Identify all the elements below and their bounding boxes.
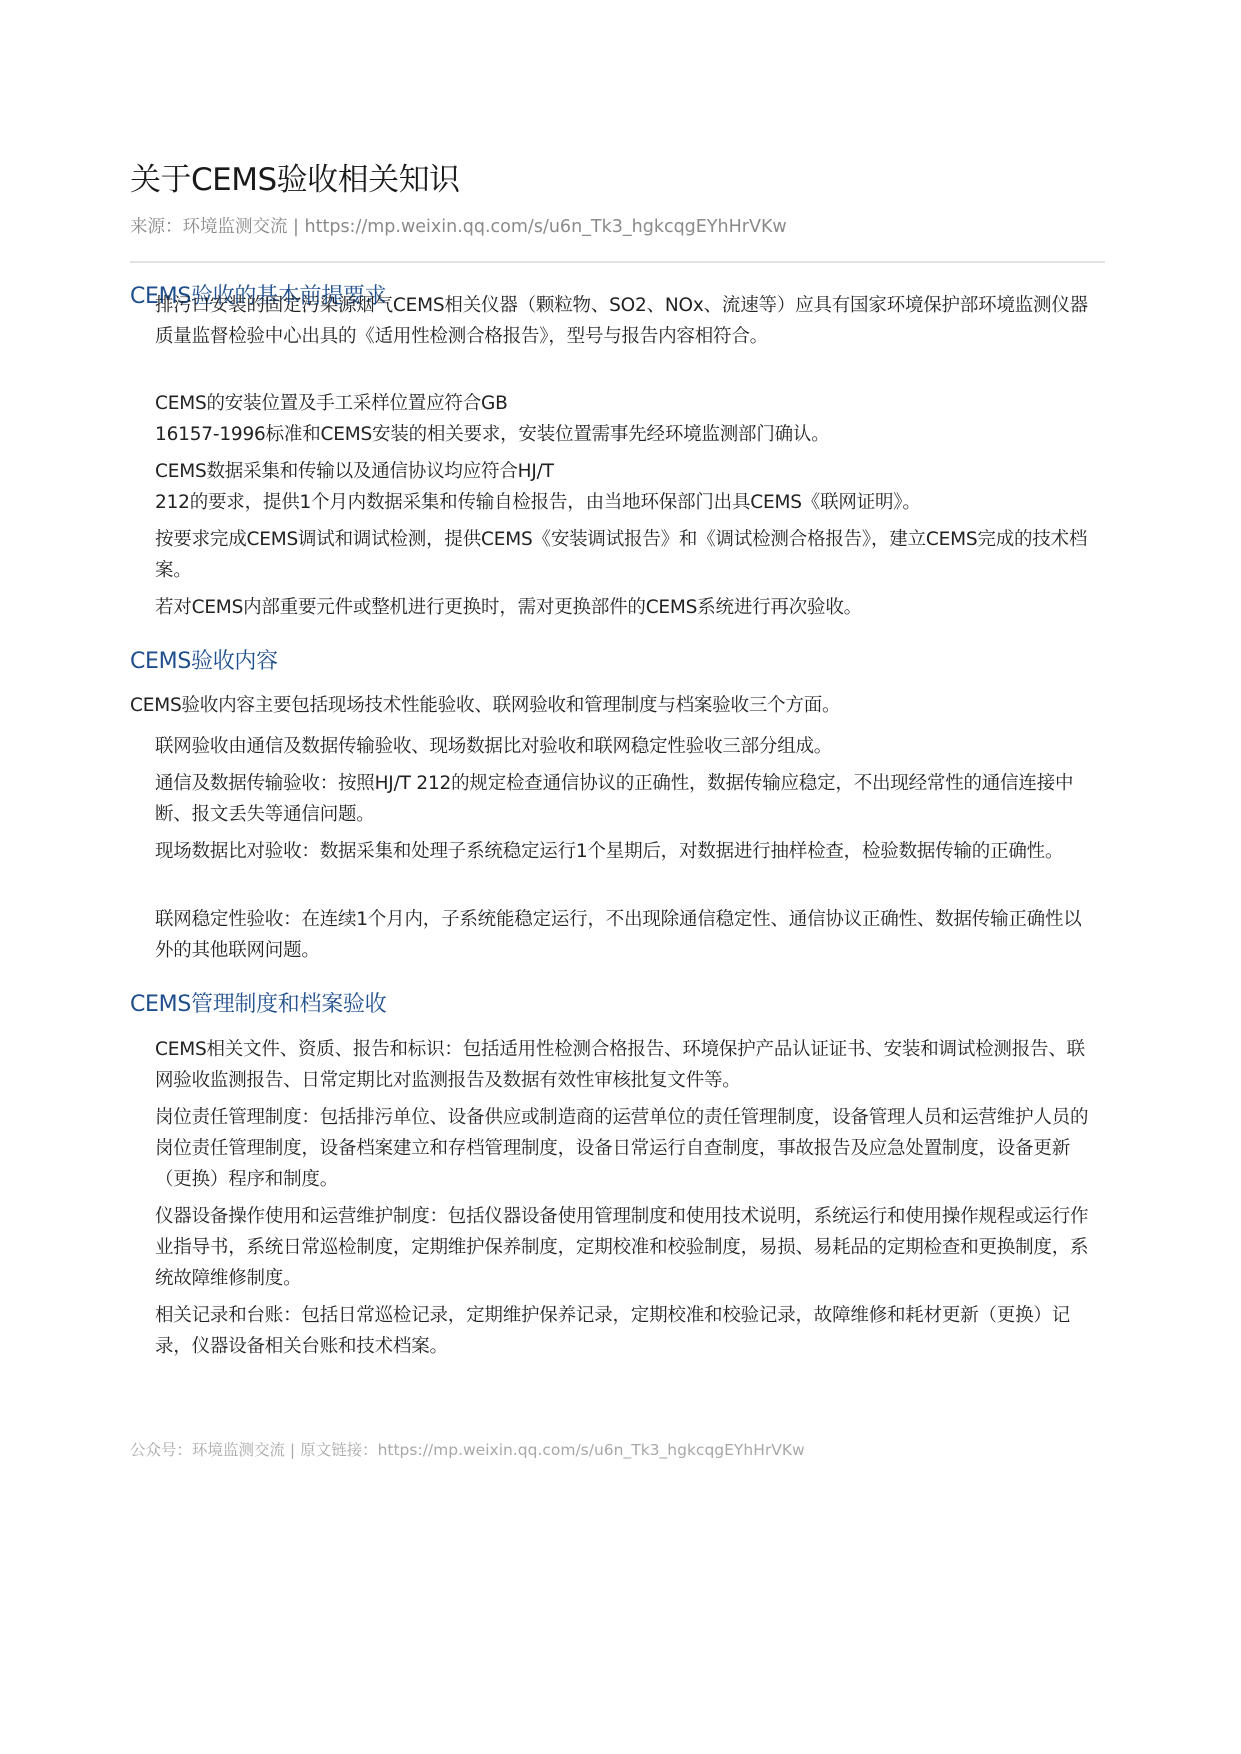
header-divider: [130, 261, 1105, 263]
paragraph: 联网验收由通信及数据传输验收、现场数据比对验收和联网稳定性验收三部分组成。: [155, 731, 1090, 762]
paragraph: 仪器设备操作使用和运营维护制度：包括仪器设备使用管理制度和使用技术说明，系统运行…: [155, 1201, 1090, 1294]
source-line: 来源：环境监测交流 | https://mp.weixin.qq.com/s/u…: [130, 214, 787, 240]
section-heading-content: CEMS验收内容: [130, 646, 278, 678]
paragraph: 通信及数据传输验收：按照HJ/T 212的规定检查通信协议的正确性，数据传输应稳…: [155, 768, 1090, 830]
footer-source: 公众号：环境监测交流 | 原文链接：https://mp.weixin.qq.c…: [130, 1438, 805, 1462]
section-intro: CEMS验收内容主要包括现场技术性能验收、联网验收和管理制度与档案验收三个方面。: [130, 690, 1090, 721]
page-title: 关于CEMS验收相关知识: [130, 158, 460, 202]
paragraph: 16157-1996标准和CEMS安装的相关要求，安装位置需事先经环境监测部门确…: [155, 419, 1090, 450]
section-heading-management: CEMS管理制度和档案验收: [130, 989, 386, 1021]
paragraph: 排污口安装的固定污染源烟气CEMS相关仪器（颗粒物、SO2、NOx、流速等）应具…: [155, 290, 1090, 352]
paragraph: 212的要求，提供1个月内数据采集和传输自检报告，由当地环保部门出具CEMS《联…: [155, 487, 1090, 518]
paragraph: 若对CEMS内部重要元件或整机进行更换时，需对更换部件的CEMS系统进行再次验收…: [155, 592, 1090, 623]
paragraph: CEMS相关文件、资质、报告和标识：包括适用性检测合格报告、环境保护产品认证证书…: [155, 1034, 1090, 1096]
paragraph: 岗位责任管理制度：包括排污单位、设备供应或制造商的运营单位的责任管理制度，设备管…: [155, 1102, 1090, 1195]
paragraph: 相关记录和台账：包括日常巡检记录，定期维护保养记录，定期校准和校验记录，故障维修…: [155, 1300, 1090, 1362]
paragraph: CEMS的安装位置及手工采样位置应符合GB: [155, 388, 1090, 419]
paragraph: 按要求完成CEMS调试和调试检测，提供CEMS《安装调试报告》和《调试检测合格报…: [155, 524, 1090, 586]
paragraph: CEMS数据采集和传输以及通信协议均应符合HJ/T: [155, 456, 1090, 487]
paragraph: 现场数据比对验收：数据采集和处理子系统稳定运行1个星期后，对数据进行抽样检查，检…: [155, 836, 1090, 867]
paragraph: 联网稳定性验收：在连续1个月内，子系统能稳定运行，不出现除通信稳定性、通信协议正…: [155, 904, 1090, 966]
